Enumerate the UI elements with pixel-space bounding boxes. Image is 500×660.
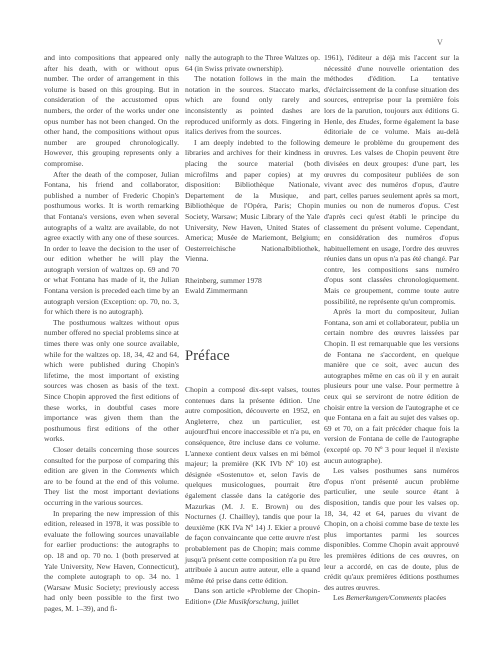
paragraph-fr-editorial: 1961), l'éditeur a déjà mis l'accent sur…: [324, 53, 459, 307]
italic-title-etudes: Etudes: [359, 117, 380, 126]
text-segment: , forme également la base éditoriale de …: [324, 117, 459, 306]
paragraph-fr-intro: Chopin a composé dix-sept valses, toutes…: [185, 385, 320, 586]
paragraph-fontana: After the death of the composer, Julian …: [44, 170, 179, 318]
paragraph-autograph-continuation: nally the autograph to the Three Waltzes…: [185, 53, 320, 74]
paragraph-posthumous-waltzes: The posthumous waltzes without opus numb…: [44, 318, 179, 445]
book-page: V and into compositions that appeared on…: [0, 0, 500, 660]
paragraph-fr-bemerkungen: Les Bemerkungen/Comments placées: [324, 593, 459, 604]
text-segment: 1961), l'éditeur a déjà mis l'accent sur…: [324, 53, 459, 126]
paragraph-fr-sources: Les valses posthumes sans numéros d'opus…: [324, 466, 459, 593]
text-segment: , juillet: [277, 597, 299, 606]
paragraph-new-impression: In preparing the new impression of this …: [44, 509, 179, 615]
page-number: V: [437, 38, 443, 47]
signature-name: Ewald Zimmermann: [185, 286, 320, 297]
signature-place-date: Rheinberg, summer 1978: [185, 276, 320, 287]
paragraph-fr-article: Dans son article «Probleme der Chopin-Ed…: [185, 586, 320, 607]
text-segment: placées: [422, 593, 446, 602]
italic-title-bemerkungen: Bemerkungen/Comments: [346, 593, 422, 602]
italic-title-musikforschung: Die Musikforschung: [216, 597, 278, 606]
column-english-left: and into compositions that appeared only…: [44, 53, 179, 614]
paragraph-grouping-continuation: and into compositions that appeared only…: [44, 53, 179, 170]
paragraph-fr-fontana: Après la mort du compositeur, Julian Fon…: [324, 307, 459, 466]
italic-title-comments: Comments: [125, 466, 157, 475]
paragraph-notation: The notation follows in the main the not…: [185, 74, 320, 138]
column-french-right: 1961), l'éditeur a déjà mis l'accent sur…: [324, 53, 459, 604]
column-english-end-and-preface: nally the autograph to the Three Waltzes…: [185, 53, 320, 608]
preface-heading: Préface: [185, 348, 320, 364]
paragraph-comments: Closer details concerning those sources …: [44, 445, 179, 509]
text-segment: Les: [333, 593, 346, 602]
paragraph-acknowledgements: I am deeply indebted to the following li…: [185, 138, 320, 265]
